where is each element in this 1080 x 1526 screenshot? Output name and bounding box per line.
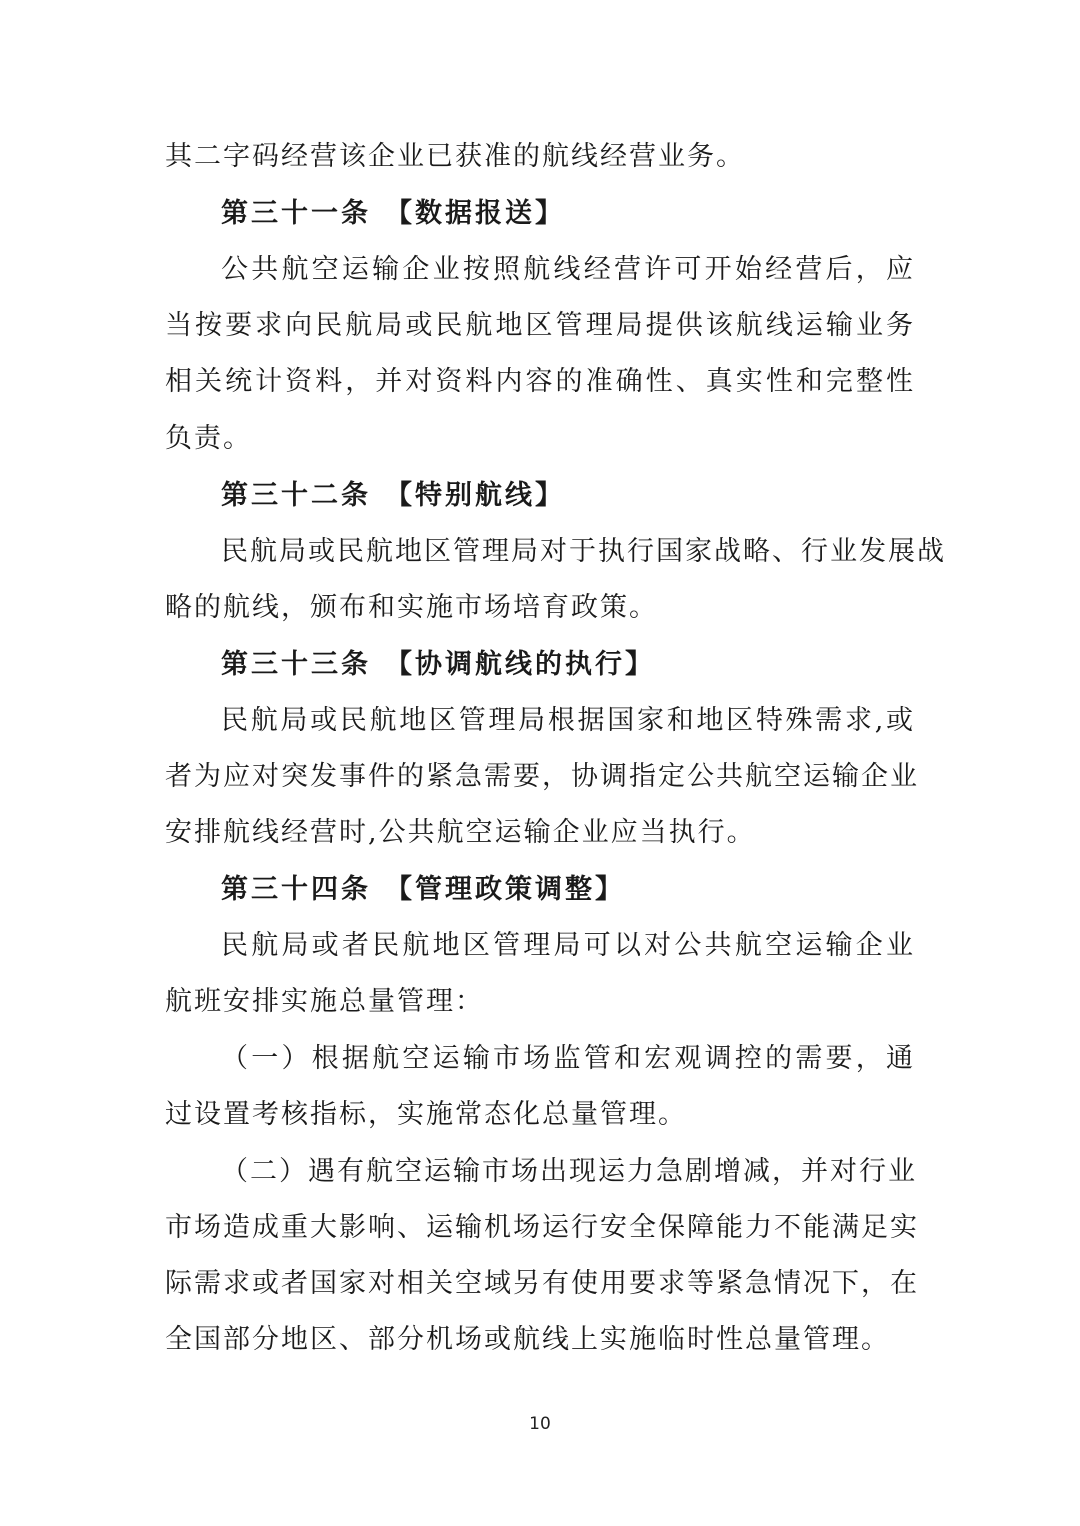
paragraph-line: 相关统计资料，并对资料内容的准确性、真实性和完整性 — [165, 362, 915, 402]
article-heading-31: 第三十一条【数据报送】 — [221, 194, 565, 234]
paragraph-line: 民航局或者民航地区管理局可以对公共航空运输企业 — [221, 926, 915, 966]
paragraph-line: 公共航空运输企业按照航线经营许可开始经营后，应 — [221, 250, 915, 290]
article-title: 【数据报送】 — [385, 198, 565, 229]
article-number: 第三十一条 — [221, 198, 371, 229]
list-item-line: （一）根据航空运输市场监管和宏观调控的需要，通 — [221, 1039, 915, 1079]
article-number: 第三十三条 — [221, 649, 371, 680]
paragraph-line: 航班安排实施总量管理： — [165, 982, 915, 1022]
list-item-line: 际需求或者国家对相关空域另有使用要求等紧急情况下，在 — [165, 1264, 915, 1304]
document-page: 其二字码经营该企业已获准的航线经营业务。 第三十一条【数据报送】 公共航空运输企… — [0, 0, 1080, 1526]
list-item-line: 全国部分地区、部分机场或航线上实施临时性总量管理。 — [165, 1320, 915, 1360]
list-item-line: 过设置考核指标，实施常态化总量管理。 — [165, 1095, 915, 1135]
paragraph-line: 略的航线，颁布和实施市场培育政策。 — [165, 588, 915, 628]
article-number: 第三十二条 — [221, 480, 371, 511]
paragraph-line: 民航局或民航地区管理局根据国家和地区特殊需求,或 — [221, 701, 915, 741]
paragraph-line: 负责。 — [165, 419, 915, 459]
paragraph-line: 当按要求向民航局或民航地区管理局提供该航线运输业务 — [165, 306, 915, 346]
article-heading-33: 第三十三条【协调航线的执行】 — [221, 645, 655, 685]
list-item-line: （二）遇有航空运输市场出现运力急剧增减，并对行业 — [221, 1152, 915, 1192]
page-number: 10 — [0, 1414, 1080, 1434]
article-title: 【管理政策调整】 — [385, 874, 625, 905]
article-title: 【协调航线的执行】 — [385, 649, 655, 680]
article-heading-32: 第三十二条【特别航线】 — [221, 476, 565, 516]
list-item-line: 市场造成重大影响、运输机场运行安全保障能力不能满足实 — [165, 1208, 915, 1248]
paragraph-line: 民航局或民航地区管理局对于执行国家战略、行业发展战 — [221, 532, 915, 572]
article-number: 第三十四条 — [221, 874, 371, 905]
paragraph-line: 者为应对突发事件的紧急需要，协调指定公共航空运输企业 — [165, 757, 915, 797]
article-heading-34: 第三十四条【管理政策调整】 — [221, 870, 625, 910]
paragraph-line: 其二字码经营该企业已获准的航线经营业务。 — [165, 137, 915, 177]
article-title: 【特别航线】 — [385, 480, 565, 511]
paragraph-line: 安排航线经营时,公共航空运输企业应当执行。 — [165, 813, 915, 853]
